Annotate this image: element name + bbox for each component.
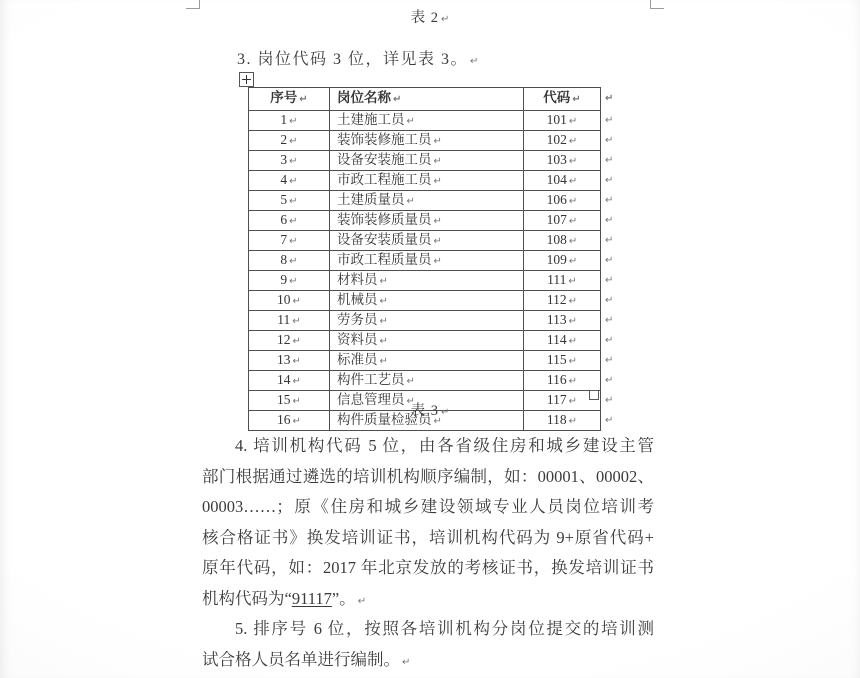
table-row: 2↵装饰装修施工员↵102↵↵	[249, 131, 624, 151]
paragraph-mark: ↵	[380, 356, 388, 367]
row-end-paragraph-mark: ↵	[601, 251, 624, 271]
para-5-line: 5. 排序号 6 位，按照各培训机构分岗位提交的培训测	[202, 614, 654, 645]
serial-cell: 3↵	[249, 151, 330, 171]
paragraph-mark: ↵	[569, 236, 577, 247]
cell-text: 7	[280, 232, 287, 247]
text-run: 部门根据通过遴选的培训机构顺序编制，如：00001、00002、	[202, 467, 654, 486]
code-cell: 102↵	[524, 131, 601, 151]
paragraph-mark: ↵	[289, 196, 297, 207]
cell-text: 6	[280, 212, 287, 227]
intro-line: 3. 岗位代码 3 位，详见表 3。↵	[237, 46, 478, 69]
paragraph-mark: ↵	[569, 336, 577, 347]
intro-text: 3. 岗位代码 3 位，详见表 3。	[237, 51, 468, 68]
position-name-cell: 资料员↵	[330, 331, 524, 351]
paragraph-mark: ↵	[441, 407, 449, 418]
serial-cell: 7↵	[249, 231, 330, 251]
paragraph-mark: ↵	[380, 316, 388, 327]
position-name-cell: 市政工程质量员↵	[330, 251, 524, 271]
code-cell: 101↵	[524, 111, 601, 131]
cell-text: 104	[547, 172, 567, 187]
table2-caption: 表 2↵	[0, 6, 860, 27]
para-4-line: 4. 培训机构代码 5 位，由各省级住房和城乡建设主管	[202, 431, 654, 462]
row-end-paragraph-mark: ↵	[601, 191, 624, 211]
paragraph-mark: ↵	[569, 196, 577, 207]
paragraph-mark: ↵	[299, 94, 307, 105]
position-name-cell: 土建施工员↵	[330, 111, 524, 131]
cell-text: 112	[547, 292, 567, 307]
cell-text: 设备安装施工员	[337, 152, 432, 167]
cell-text: 市政工程施工员	[337, 172, 432, 187]
cell-text: 12	[277, 332, 291, 347]
cell-text: 108	[547, 232, 567, 247]
serial-cell: 5↵	[249, 191, 330, 211]
serial-cell: 13↵	[249, 351, 330, 371]
row-end-paragraph-mark: ↵	[601, 88, 624, 111]
table-row: 7↵设备安装质量员↵108↵↵	[249, 231, 624, 251]
row-end-paragraph-mark: ↵	[601, 231, 624, 251]
text-run: 原年代码，如：2017 年北京发放的考核证书，换发培训证书	[202, 558, 654, 577]
cell-text: 材料员	[337, 272, 378, 287]
code-cell: 113↵	[524, 311, 601, 331]
cell-text: 116	[547, 372, 567, 387]
paragraph-mark: ↵	[407, 196, 415, 207]
underlined-code-text: 91117	[292, 589, 332, 608]
paragraph-mark: ↵	[434, 176, 442, 187]
cell-text: 9	[280, 272, 287, 287]
paragraph-mark: ↵	[289, 156, 297, 167]
column-header: 序号↵	[249, 88, 330, 111]
code-cell: 103↵	[524, 151, 601, 171]
paragraph-mark: ↵	[358, 596, 366, 607]
serial-cell: 2↵	[249, 131, 330, 151]
cell-text: 资料员	[337, 332, 378, 347]
text-run: 试合格人员名单进行编制。	[202, 650, 400, 669]
para-5-line: 试合格人员名单进行编制。↵	[202, 645, 654, 676]
row-end-paragraph-mark: ↵	[601, 371, 624, 391]
position-name-cell: 设备安装施工员↵	[330, 151, 524, 171]
paragraph-mark: ↵	[441, 14, 449, 25]
paragraph-mark: ↵	[407, 116, 415, 127]
cell-text: 13	[277, 352, 291, 367]
cell-text: 111	[547, 272, 566, 287]
row-end-paragraph-mark: ↵	[601, 151, 624, 171]
paragraph-mark: ↵	[289, 216, 297, 227]
text-run: 核合格证书》换发培训证书，培训机构代码为 9+原省代码+	[202, 528, 654, 547]
position-name-cell: 市政工程施工员↵	[330, 171, 524, 191]
cell-text: 8	[280, 252, 287, 267]
row-end-paragraph-mark: ↵	[601, 291, 624, 311]
cell-text: 标准员	[337, 352, 378, 367]
cell-text: 4	[280, 172, 287, 187]
cell-text: 14	[277, 372, 291, 387]
cell-text: 装饰装修质量员	[337, 212, 432, 227]
positions-table: 序号↵岗位名称↵代码↵↵ 1↵土建施工员↵101↵↵2↵装饰装修施工员↵102↵…	[248, 87, 624, 431]
paragraph-mark: ↵	[293, 356, 301, 367]
position-name-cell: 构件工艺员↵	[330, 371, 524, 391]
cell-text: 装饰装修施工员	[337, 132, 432, 147]
text-run: 5. 排序号 6 位，按照各培训机构分岗位提交的培训测	[235, 619, 654, 638]
paragraph-mark: ↵	[380, 276, 388, 287]
paragraph-mark: ↵	[434, 256, 442, 267]
cell-text: 11	[277, 312, 290, 327]
body-paragraphs: 4. 培训机构代码 5 位，由各省级住房和城乡建设主管部门根据通过遴选的培训机构…	[202, 431, 654, 675]
serial-cell: 9↵	[249, 271, 330, 291]
text-run: 机构代码为“	[202, 589, 292, 608]
position-name-cell: 土建质量员↵	[330, 191, 524, 211]
code-cell: 107↵	[524, 211, 601, 231]
paragraph-mark: ↵	[289, 116, 297, 127]
code-cell: 114↵	[524, 331, 601, 351]
cell-text: 101	[547, 112, 567, 127]
serial-cell: 14↵	[249, 371, 330, 391]
para-4-line: 机构代码为“91117”。↵	[202, 584, 654, 615]
paragraph-mark: ↵	[434, 136, 442, 147]
paragraph-mark: ↵	[569, 316, 577, 327]
paragraph-mark: ↵	[569, 296, 577, 307]
header-text: 代码	[543, 90, 570, 105]
cell-text: 103	[547, 152, 567, 167]
table-row: 8↵市政工程质量员↵109↵↵	[249, 251, 624, 271]
position-name-cell: 设备安装质量员↵	[330, 231, 524, 251]
header-text: 序号	[270, 90, 297, 105]
cell-text: 机械员	[337, 292, 378, 307]
paragraph-mark: ↵	[434, 236, 442, 247]
code-cell: 112↵	[524, 291, 601, 311]
paragraph-mark: ↵	[569, 376, 577, 387]
table-row: 13↵标准员↵115↵↵	[249, 351, 624, 371]
code-cell: 116↵	[524, 371, 601, 391]
paragraph-mark: ↵	[289, 176, 297, 187]
cell-text: 114	[547, 332, 567, 347]
paragraph-mark: ↵	[293, 376, 301, 387]
row-end-paragraph-mark: ↵	[601, 131, 624, 151]
cell-text: 109	[547, 252, 567, 267]
cell-text: 市政工程质量员	[337, 252, 432, 267]
table-row: 4↵市政工程施工员↵104↵↵	[249, 171, 624, 191]
row-end-paragraph-mark: ↵	[601, 171, 624, 191]
column-header: 岗位名称↵	[330, 88, 524, 111]
column-header: 代码↵	[524, 88, 601, 111]
paragraph-mark: ↵	[434, 156, 442, 167]
serial-cell: 12↵	[249, 331, 330, 351]
cell-text: 3	[280, 152, 287, 167]
paragraph-mark: ↵	[569, 216, 577, 227]
code-cell: 109↵	[524, 251, 601, 271]
para-4-line: 原年代码，如：2017 年北京发放的考核证书，换发培训证书	[202, 553, 654, 584]
move-cross-icon	[242, 75, 251, 84]
paragraph-mark: ↵	[289, 276, 297, 287]
paragraph-mark: ↵	[293, 296, 301, 307]
table-move-handle[interactable]	[239, 72, 254, 87]
paragraph-mark: ↵	[393, 94, 401, 105]
paragraph-mark: ↵	[568, 276, 576, 287]
cell-text: 设备安装质量员	[337, 232, 432, 247]
code-cell: 104↵	[524, 171, 601, 191]
cell-text: 113	[547, 312, 567, 327]
position-name-cell: 劳务员↵	[330, 311, 524, 331]
header-row: 序号↵岗位名称↵代码↵↵	[249, 88, 624, 111]
serial-cell: 4↵	[249, 171, 330, 191]
cell-text: 10	[277, 292, 291, 307]
cell-text: 102	[547, 132, 567, 147]
text-run: 00003……；原《住房和城乡建设领域专业人员岗位培训考	[202, 497, 654, 516]
cell-text: 土建施工员	[337, 112, 405, 127]
position-name-cell: 材料员↵	[330, 271, 524, 291]
code-cell: 115↵	[524, 351, 601, 371]
paragraph-mark: ↵	[289, 136, 297, 147]
row-end-paragraph-mark: ↵	[601, 111, 624, 131]
text-run: ”。	[332, 589, 356, 608]
position-name-cell: 机械员↵	[330, 291, 524, 311]
row-end-paragraph-mark: ↵	[601, 351, 624, 371]
position-name-cell: 装饰装修施工员↵	[330, 131, 524, 151]
serial-cell: 10↵	[249, 291, 330, 311]
row-end-paragraph-mark: ↵	[601, 311, 624, 331]
code-cell: 106↵	[524, 191, 601, 211]
table3-caption: 表 3↵	[0, 399, 860, 420]
table-row: 5↵土建质量员↵106↵↵	[249, 191, 624, 211]
cell-text: 106	[547, 192, 567, 207]
paragraph-mark: ↵	[402, 657, 410, 668]
paragraph-mark: ↵	[470, 56, 478, 67]
code-cell: 108↵	[524, 231, 601, 251]
paragraph-mark: ↵	[292, 316, 300, 327]
table-row: 11↵劳务员↵113↵↵	[249, 311, 624, 331]
para-4-line: 部门根据通过遴选的培训机构顺序编制，如：00001、00002、	[202, 462, 654, 493]
table-row: 6↵装饰装修质量员↵107↵↵	[249, 211, 624, 231]
code-cell: 111↵	[524, 271, 601, 291]
paragraph-mark: ↵	[380, 296, 388, 307]
text-run: 4. 培训机构代码 5 位，由各省级住房和城乡建设主管	[235, 436, 654, 455]
serial-cell: 6↵	[249, 211, 330, 231]
positions-table-header: 序号↵岗位名称↵代码↵↵	[249, 88, 624, 111]
table-row: 10↵机械员↵112↵↵	[249, 291, 624, 311]
paragraph-mark: ↵	[569, 256, 577, 267]
position-name-cell: 标准员↵	[330, 351, 524, 371]
cell-text: 土建质量员	[337, 192, 405, 207]
paragraph-mark: ↵	[572, 94, 580, 105]
table-row: 14↵构件工艺员↵116↵↵	[249, 371, 624, 391]
row-end-paragraph-mark: ↵	[601, 271, 624, 291]
row-end-paragraph-mark: ↵	[601, 211, 624, 231]
paragraph-mark: ↵	[289, 256, 297, 267]
paragraph-mark: ↵	[407, 376, 415, 387]
table3-caption-text: 表 3	[411, 403, 439, 419]
positions-table-body: 1↵土建施工员↵101↵↵2↵装饰装修施工员↵102↵↵3↵设备安装施工员↵10…	[249, 111, 624, 431]
paragraph-mark: ↵	[434, 216, 442, 227]
position-name-cell: 装饰装修质量员↵	[330, 211, 524, 231]
serial-cell: 11↵	[249, 311, 330, 331]
table2-caption-text: 表 2	[411, 10, 439, 26]
table-row: 9↵材料员↵111↵↵	[249, 271, 624, 291]
paragraph-mark: ↵	[569, 356, 577, 367]
paragraph-mark: ↵	[569, 176, 577, 187]
paragraph-mark: ↵	[569, 136, 577, 147]
document-page: 表 2↵ 3. 岗位代码 3 位，详见表 3。↵ 序号↵岗位名称↵代码↵↵ 1↵…	[0, 0, 860, 678]
paragraph-mark: ↵	[380, 336, 388, 347]
cell-text: 5	[280, 192, 287, 207]
paragraph-mark: ↵	[293, 336, 301, 347]
paragraph-mark: ↵	[569, 156, 577, 167]
serial-cell: 8↵	[249, 251, 330, 271]
table-row: 12↵资料员↵114↵↵	[249, 331, 624, 351]
cell-text: 劳务员	[337, 312, 378, 327]
cell-text: 1	[280, 112, 287, 127]
cell-text: 115	[547, 352, 567, 367]
cell-text: 构件工艺员	[337, 372, 405, 387]
paragraph-mark: ↵	[289, 236, 297, 247]
header-text: 岗位名称	[337, 90, 391, 105]
cell-text: 2	[280, 132, 287, 147]
paragraph-mark: ↵	[569, 116, 577, 127]
table-row: 3↵设备安装施工员↵103↵↵	[249, 151, 624, 171]
table-row: 1↵土建施工员↵101↵↵	[249, 111, 624, 131]
para-4-line: 00003……；原《住房和城乡建设领域专业人员岗位培训考	[202, 492, 654, 523]
serial-cell: 1↵	[249, 111, 330, 131]
cell-text: 107	[547, 212, 567, 227]
para-4-line: 核合格证书》换发培训证书，培训机构代码为 9+原省代码+	[202, 523, 654, 554]
row-end-paragraph-mark: ↵	[601, 331, 624, 351]
